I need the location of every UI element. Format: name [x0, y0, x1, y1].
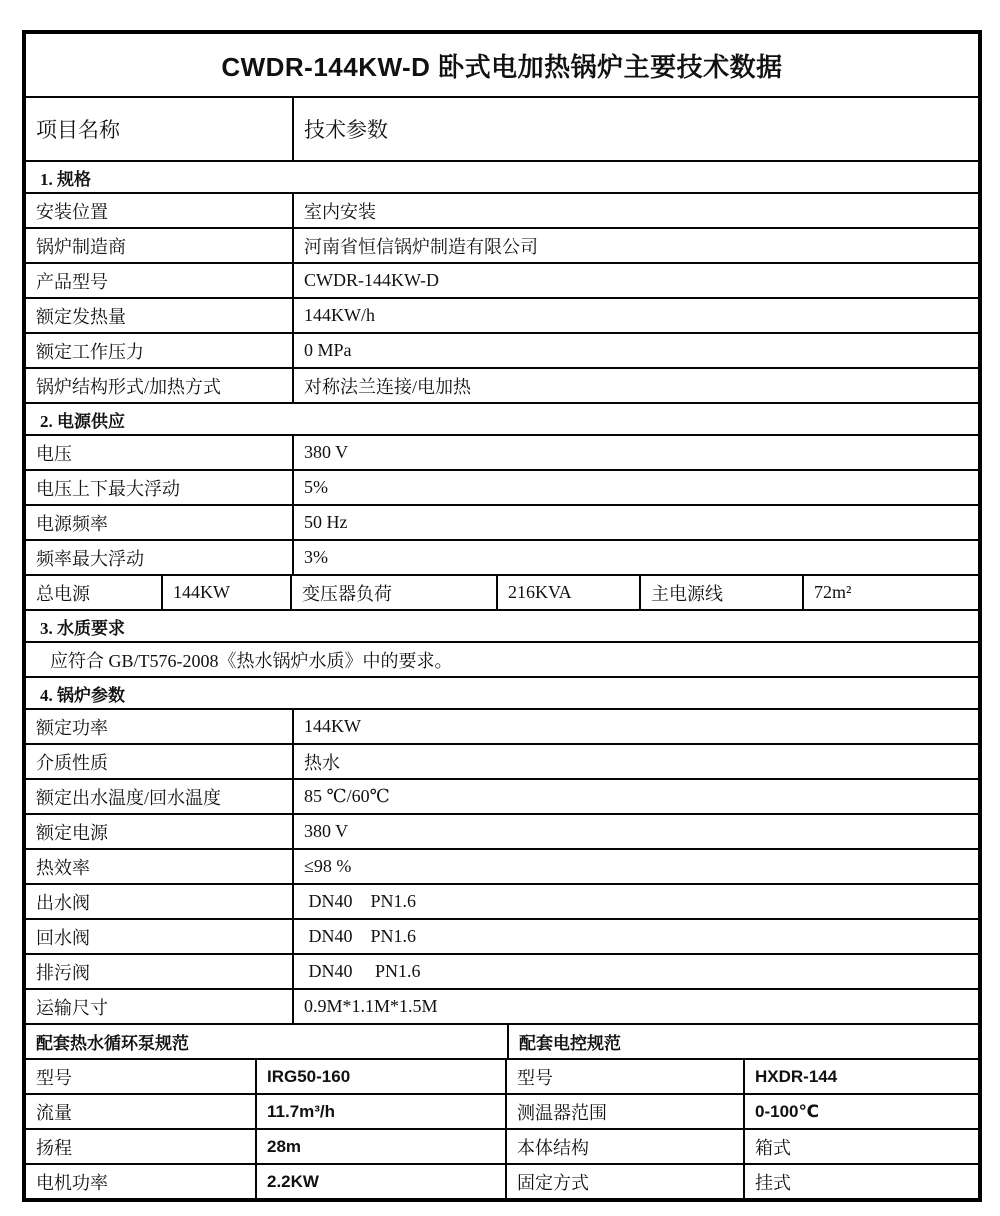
row-label-cell: 锅炉制造商	[26, 229, 292, 262]
row-value: 0 MPa	[304, 340, 352, 361]
pump-label: 流量	[36, 1099, 72, 1125]
control-label: 固定方式	[517, 1169, 589, 1195]
water-note-cell: 应符合 GB/T576-2008《热水锅炉水质》中的要求。	[26, 643, 978, 676]
table-row: 额定发热量 144KW/h	[26, 297, 978, 332]
section-heading-water: 3. 水质要求	[26, 609, 978, 641]
row-label: 排污阀	[36, 959, 90, 985]
row-label-cell: 额定功率	[26, 710, 292, 743]
row-label-cell: 产品型号	[26, 264, 292, 297]
table-row: 回水阀 DN40 PN1.6	[26, 918, 978, 953]
control-label-cell: 固定方式	[505, 1165, 743, 1198]
row-label-cell: 电压上下最大浮动	[26, 471, 292, 504]
table-row: 排污阀 DN40 PN1.6	[26, 953, 978, 988]
row-value-cell: 380 V	[292, 815, 978, 848]
transformer-load-label: 变压器负荷	[302, 580, 392, 606]
row-label: 额定电源	[36, 819, 108, 845]
row-value: 热水	[304, 749, 340, 775]
table-row: 热效率 ≤98 %	[26, 848, 978, 883]
pump-value-cell: 11.7m³/h	[255, 1095, 505, 1128]
control-spec-heading-cell: 配套电控规范	[507, 1025, 978, 1058]
row-label: 回水阀	[36, 924, 90, 950]
accessories-row: 型号 IRG50-160 型号 HXDR-144	[26, 1058, 978, 1093]
row-value: CWDR-144KW-D	[304, 270, 439, 291]
transformer-load-value: 216KVA	[508, 582, 572, 603]
control-value-cell: 0-100℃	[743, 1095, 978, 1128]
table-row: 电压 380 V	[26, 434, 978, 469]
pump-label: 扬程	[36, 1134, 72, 1160]
control-label-cell: 本体结构	[505, 1130, 743, 1163]
row-label-cell: 出水阀	[26, 885, 292, 918]
row-label-cell: 安装位置	[26, 194, 292, 227]
section-heading-boiler: 4. 锅炉参数	[26, 676, 978, 708]
pump-value: 2.2KW	[267, 1172, 319, 1192]
row-label: 电源频率	[36, 510, 108, 536]
row-value: 144KW	[304, 716, 361, 737]
header-tech-params: 技术参数	[304, 114, 388, 144]
title-row: CWDR-144KW-D 卧式电加热锅炉主要技术数据	[26, 34, 978, 96]
row-value-cell: 5%	[292, 471, 978, 504]
accessories-row: 电机功率 2.2KW 固定方式 挂式	[26, 1163, 978, 1198]
row-label: 安装位置	[36, 198, 108, 224]
row-value-cell: ≤98 %	[292, 850, 978, 883]
section-heading-power: 2. 电源供应	[26, 402, 978, 434]
section-heading-text: 3. 水质要求	[36, 614, 125, 639]
row-value-cell: 144KW	[292, 710, 978, 743]
accessories-row: 流量 11.7m³/h 测温器范围 0-100℃	[26, 1093, 978, 1128]
row-value-cell: 3%	[292, 541, 978, 574]
row-value-cell: DN40 PN1.6	[292, 955, 978, 988]
table-row: 电源频率 50 Hz	[26, 504, 978, 539]
pump-label: 电机功率	[36, 1169, 108, 1195]
row-label: 电压	[36, 440, 72, 466]
section-heading-cell: 1. 规格	[26, 162, 978, 192]
pump-value-cell: 28m	[255, 1130, 505, 1163]
row-value-cell: 50 Hz	[292, 506, 978, 539]
row-value: 3%	[304, 547, 328, 568]
row-label-cell: 额定工作压力	[26, 334, 292, 367]
row-value: 室内安装	[304, 198, 376, 224]
control-value-cell: HXDR-144	[743, 1060, 978, 1093]
main-power-line-value-cell: 72m²	[802, 576, 978, 609]
total-power-value-cell: 144KW	[161, 576, 290, 609]
row-value: 对称法兰连接/电加热	[304, 373, 471, 399]
pump-spec-heading: 配套热水循环泵规范	[36, 1029, 189, 1054]
control-value: 挂式	[755, 1169, 791, 1195]
row-value-cell: 380 V	[292, 436, 978, 469]
row-label: 电压上下最大浮动	[36, 475, 180, 501]
accessories-header-row: 配套热水循环泵规范 配套电控规范	[26, 1023, 978, 1058]
table-row: 频率最大浮动 3%	[26, 539, 978, 574]
pump-label-cell: 流量	[26, 1095, 255, 1128]
table-title: CWDR-144KW-D 卧式电加热锅炉主要技术数据	[221, 47, 782, 84]
row-label: 产品型号	[36, 268, 108, 294]
pump-value: IRG50-160	[267, 1067, 350, 1087]
control-value: HXDR-144	[755, 1067, 837, 1087]
row-value-cell: 85 ℃/60℃	[292, 780, 978, 813]
pump-label-cell: 扬程	[26, 1130, 255, 1163]
row-value-cell: DN40 PN1.6	[292, 920, 978, 953]
row-label: 锅炉结构形式/加热方式	[36, 373, 221, 399]
row-value-cell: 热水	[292, 745, 978, 778]
header-item-name: 项目名称	[36, 114, 120, 144]
control-label-cell: 测温器范围	[505, 1095, 743, 1128]
row-value: 5%	[304, 477, 328, 498]
section-heading-spec: 1. 规格	[26, 160, 978, 192]
header-tech-params-cell: 技术参数	[292, 98, 978, 160]
row-value: 0.9M*1.1M*1.5M	[304, 996, 438, 1017]
accessories-row: 扬程 28m 本体结构 箱式	[26, 1128, 978, 1163]
row-label-cell: 电源频率	[26, 506, 292, 539]
table-row: 锅炉结构形式/加热方式 对称法兰连接/电加热	[26, 367, 978, 402]
row-label: 锅炉制造商	[36, 233, 126, 259]
section-heading-cell: 3. 水质要求	[26, 611, 978, 641]
table-row: 介质性质 热水	[26, 743, 978, 778]
table-row: 产品型号 CWDR-144KW-D	[26, 262, 978, 297]
power-totals-row: 总电源 144KW 变压器负荷 216KVA 主电源线 72m²	[26, 574, 978, 609]
pump-value: 28m	[267, 1137, 301, 1157]
transformer-load-label-cell: 变压器负荷	[290, 576, 496, 609]
row-value: DN40 PN1.6	[304, 961, 421, 982]
row-value: DN40 PN1.6	[304, 891, 416, 912]
water-note: 应符合 GB/T576-2008《热水锅炉水质》中的要求。	[36, 647, 453, 673]
row-value: 85 ℃/60℃	[304, 786, 390, 807]
table-row: 运输尺寸 0.9M*1.1M*1.5M	[26, 988, 978, 1023]
row-label: 出水阀	[36, 889, 90, 915]
control-spec-heading: 配套电控规范	[519, 1029, 621, 1054]
row-value: DN40 PN1.6	[304, 926, 416, 947]
row-value: 380 V	[304, 442, 348, 463]
main-power-line-value: 72m²	[814, 582, 851, 603]
section-heading-text: 4. 锅炉参数	[36, 681, 125, 706]
row-label-cell: 额定电源	[26, 815, 292, 848]
row-value: ≤98 %	[304, 856, 351, 877]
control-label-cell: 型号	[505, 1060, 743, 1093]
control-value-cell: 箱式	[743, 1130, 978, 1163]
technical-data-table: CWDR-144KW-D 卧式电加热锅炉主要技术数据 项目名称 技术参数 1. …	[22, 30, 982, 1202]
row-value-cell: 室内安装	[292, 194, 978, 227]
row-value-cell: 0.9M*1.1M*1.5M	[292, 990, 978, 1023]
row-label: 频率最大浮动	[36, 545, 144, 571]
row-label-cell: 电压	[26, 436, 292, 469]
total-power-value: 144KW	[173, 582, 230, 603]
table-row: 锅炉制造商 河南省恒信锅炉制造有限公司	[26, 227, 978, 262]
section-heading-text: 1. 规格	[36, 165, 91, 190]
row-label: 额定工作压力	[36, 338, 144, 364]
total-power-label: 总电源	[36, 580, 90, 606]
control-label: 测温器范围	[517, 1099, 607, 1125]
control-label: 型号	[517, 1064, 553, 1090]
water-note-row: 应符合 GB/T576-2008《热水锅炉水质》中的要求。	[26, 641, 978, 676]
title-cell: CWDR-144KW-D 卧式电加热锅炉主要技术数据	[26, 34, 978, 96]
table-row: 额定电源 380 V	[26, 813, 978, 848]
pump-label: 型号	[36, 1064, 72, 1090]
row-label-cell: 额定发热量	[26, 299, 292, 332]
table-row: 电压上下最大浮动 5%	[26, 469, 978, 504]
pump-value-cell: IRG50-160	[255, 1060, 505, 1093]
row-value: 380 V	[304, 821, 348, 842]
row-value: 河南省恒信锅炉制造有限公司	[304, 233, 538, 259]
row-label-cell: 热效率	[26, 850, 292, 883]
table-row: 额定功率 144KW	[26, 708, 978, 743]
row-label: 额定功率	[36, 714, 108, 740]
section-heading-cell: 2. 电源供应	[26, 404, 978, 434]
row-value-cell: 河南省恒信锅炉制造有限公司	[292, 229, 978, 262]
row-label-cell: 额定出水温度/回水温度	[26, 780, 292, 813]
main-power-line-label: 主电源线	[651, 580, 723, 606]
pump-label-cell: 型号	[26, 1060, 255, 1093]
row-label: 介质性质	[36, 749, 108, 775]
section-heading-cell: 4. 锅炉参数	[26, 678, 978, 708]
header-item-name-cell: 项目名称	[26, 98, 292, 160]
section-heading-text: 2. 电源供应	[36, 407, 125, 432]
row-value-cell: CWDR-144KW-D	[292, 264, 978, 297]
pump-spec-heading-cell: 配套热水循环泵规范	[26, 1025, 507, 1058]
row-value: 144KW/h	[304, 305, 375, 326]
row-label: 额定出水温度/回水温度	[36, 784, 221, 810]
main-power-line-label-cell: 主电源线	[639, 576, 802, 609]
table-row: 额定工作压力 0 MPa	[26, 332, 978, 367]
row-label-cell: 回水阀	[26, 920, 292, 953]
pump-value-cell: 2.2KW	[255, 1165, 505, 1198]
transformer-load-value-cell: 216KVA	[496, 576, 639, 609]
row-label-cell: 频率最大浮动	[26, 541, 292, 574]
row-label: 额定发热量	[36, 303, 126, 329]
row-label-cell: 锅炉结构形式/加热方式	[26, 369, 292, 402]
control-value: 箱式	[755, 1134, 791, 1160]
pump-value: 11.7m³/h	[267, 1102, 335, 1122]
row-value-cell: DN40 PN1.6	[292, 885, 978, 918]
table-row: 安装位置 室内安装	[26, 192, 978, 227]
row-value: 50 Hz	[304, 512, 348, 533]
row-value-cell: 对称法兰连接/电加热	[292, 369, 978, 402]
row-value-cell: 144KW/h	[292, 299, 978, 332]
row-label-cell: 运输尺寸	[26, 990, 292, 1023]
control-value: 0-100℃	[755, 1102, 819, 1122]
row-value-cell: 0 MPa	[292, 334, 978, 367]
column-header-row: 项目名称 技术参数	[26, 96, 978, 160]
pump-label-cell: 电机功率	[26, 1165, 255, 1198]
row-label: 热效率	[36, 854, 90, 880]
table-row: 额定出水温度/回水温度 85 ℃/60℃	[26, 778, 978, 813]
row-label-cell: 排污阀	[26, 955, 292, 988]
table-row: 出水阀 DN40 PN1.6	[26, 883, 978, 918]
control-label: 本体结构	[517, 1134, 589, 1160]
row-label: 运输尺寸	[36, 994, 108, 1020]
row-label-cell: 介质性质	[26, 745, 292, 778]
total-power-label-cell: 总电源	[26, 576, 161, 609]
control-value-cell: 挂式	[743, 1165, 978, 1198]
